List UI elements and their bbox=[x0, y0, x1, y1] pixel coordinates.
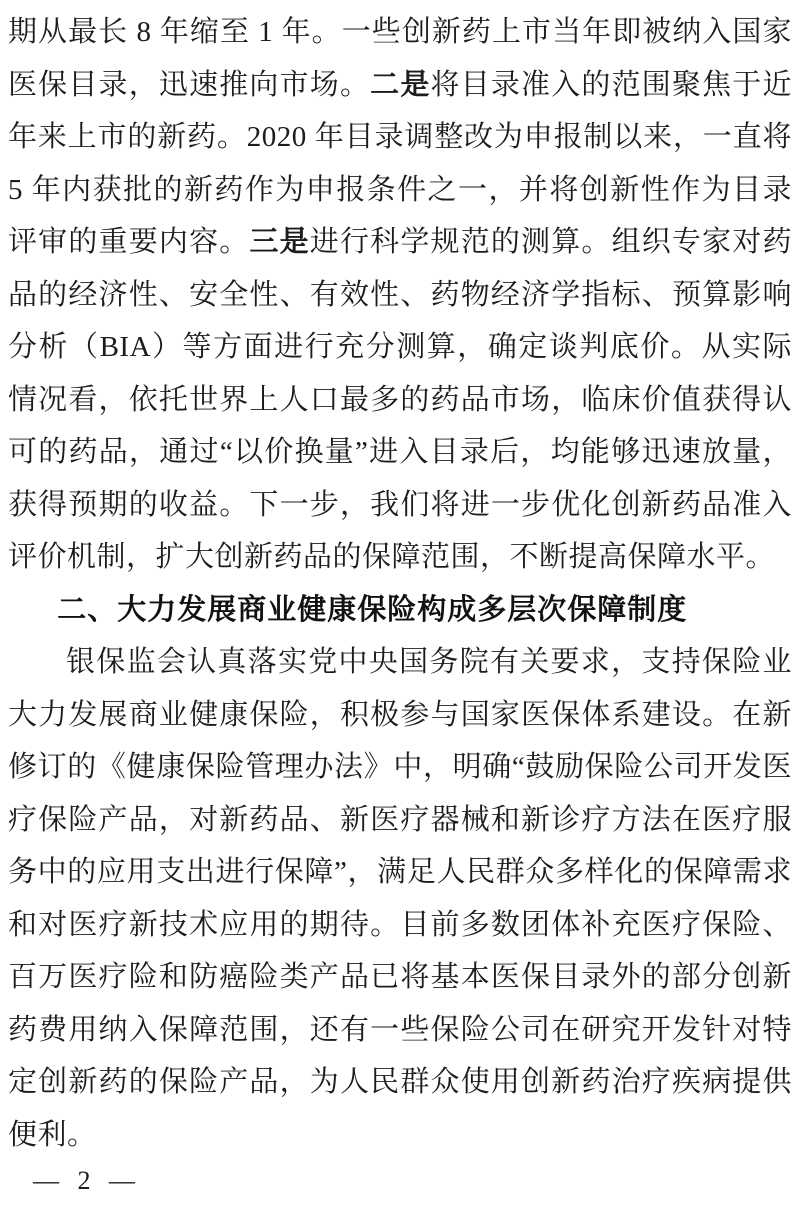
paragraph-continuation: 期从最长 8 年缩至 1 年。一些创新药上市当年即被纳入国家医保目录，迅速推向市… bbox=[8, 6, 792, 584]
para1-text-3: 进行科学规范的测算。组织专家对药品的经济性、安全性、有效性、药物经济学指标、预算… bbox=[8, 226, 792, 573]
section-heading: 二、大力发展商业健康保险构成多层次保障制度 bbox=[8, 584, 792, 637]
page-number: — 2 — bbox=[33, 1168, 141, 1194]
para1-emphasis-erh-shi: 二是 bbox=[370, 69, 430, 101]
para1-emphasis-san-shi: 三是 bbox=[249, 226, 309, 258]
document-page: 期从最长 8 年缩至 1 年。一些创新药上市当年即被纳入国家医保目录，迅速推向市… bbox=[0, 0, 800, 1207]
paragraph-insurance: 银保监会认真落实党中央国务院有关要求，支持保险业大力发展商业健康保险，积极参与国… bbox=[8, 636, 792, 1161]
document-body: 期从最长 8 年缩至 1 年。一些创新药上市当年即被纳入国家医保目录，迅速推向市… bbox=[0, 0, 800, 1161]
